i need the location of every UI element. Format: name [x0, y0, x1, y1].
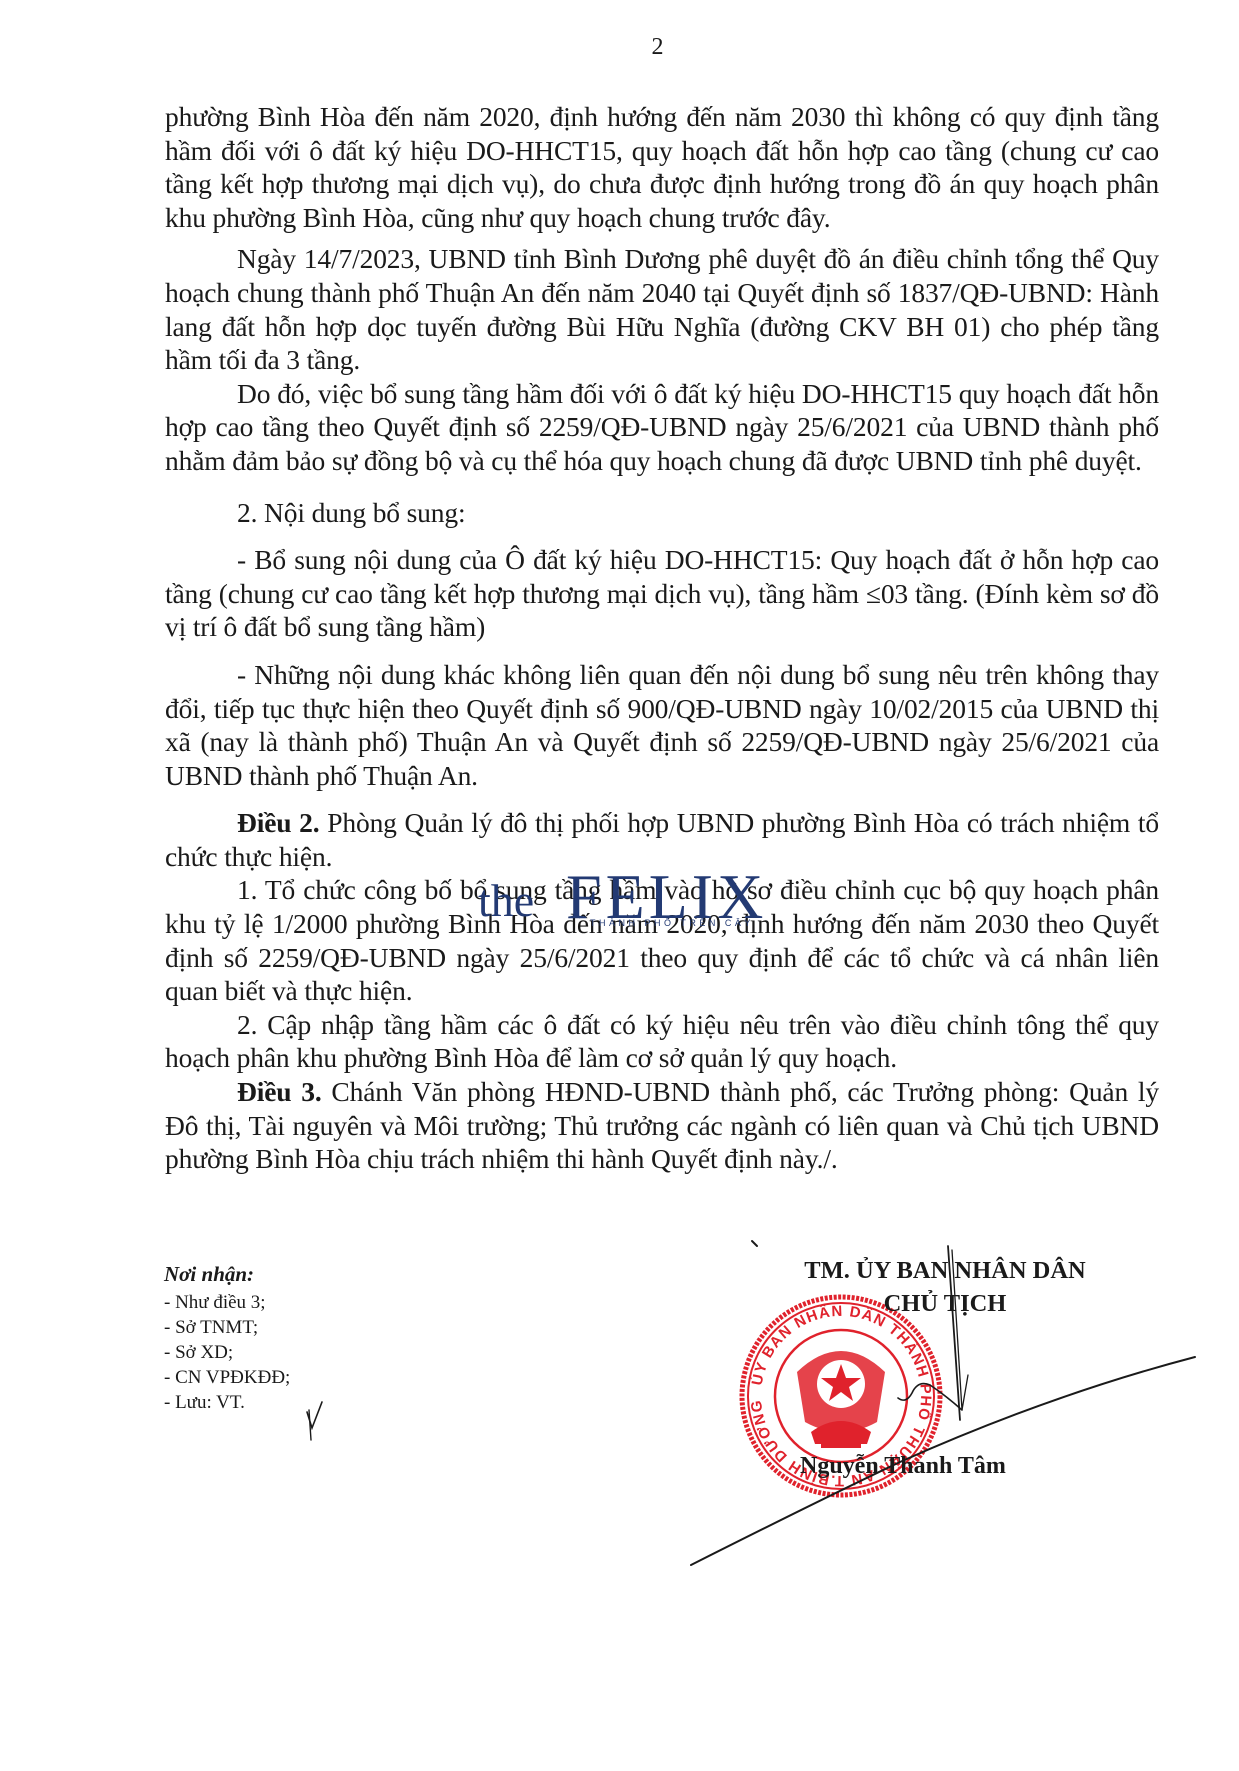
page-number: 2: [0, 34, 1239, 61]
article-2-item-2: 2. Cập nhập tầng hầm các ô đất có ký hiệ…: [165, 1008, 1159, 1075]
position-label: CHỦ TỊCH: [755, 1287, 1135, 1320]
paragraph-continuation: phường Bình Hòa đến năm 2020, định hướng…: [165, 100, 1159, 234]
document-page: 2 phường Bình Hòa đến năm 2020, định hướ…: [0, 0, 1239, 1771]
recipient-item: - Như điều 3;: [164, 1290, 290, 1315]
article-2: Điều 2. Phòng Quản lý đô thị phối hợp UB…: [165, 806, 1159, 873]
recipient-item: - Sở TNMT;: [164, 1315, 290, 1340]
signer-name: Nguyễn Thanh Tâm: [800, 1453, 1006, 1480]
on-behalf-label: TM. ỦY BAN NHÂN DÂN: [755, 1254, 1135, 1287]
paragraph-unchanged: - Những nội dung khác không liên quan đế…: [165, 658, 1159, 792]
article-2-label: Điều 2.: [237, 807, 319, 838]
paragraph-therefore: Do đó, việc bổ sung tầng hầm đối với ô đ…: [165, 377, 1159, 478]
recipient-item: - Sở XD;: [164, 1340, 290, 1365]
article-3-label: Điều 3.: [237, 1076, 322, 1107]
article-2-item-1: 1. Tổ chức công bố bổ sung tầng hầm vào …: [165, 873, 1159, 1007]
recipients-title: Nơi nhận:: [164, 1262, 290, 1287]
recipient-item: - CN VPĐKĐĐ;: [164, 1365, 290, 1390]
document-body: phường Bình Hòa đến năm 2020, định hướng…: [165, 100, 1159, 1176]
paragraph-approval-2023: Ngày 14/7/2023, UBND tỉnh Bình Dương phê…: [165, 242, 1159, 376]
paragraph-supplement: - Bổ sung nội dung của Ô đất ký hiệu DO-…: [165, 543, 1159, 644]
recipients-block: Nơi nhận: - Như điều 3; - Sở TNMT; - Sở …: [164, 1262, 290, 1415]
signature-block: TM. ỦY BAN NHÂN DÂN CHỦ TỊCH: [755, 1254, 1135, 1320]
article-3: Điều 3. Chánh Văn phòng HĐND-UBND thành …: [165, 1075, 1159, 1176]
section-heading-content: 2. Nội dung bổ sung:: [165, 496, 1159, 530]
recipient-item: - Lưu: VT.: [164, 1390, 290, 1415]
